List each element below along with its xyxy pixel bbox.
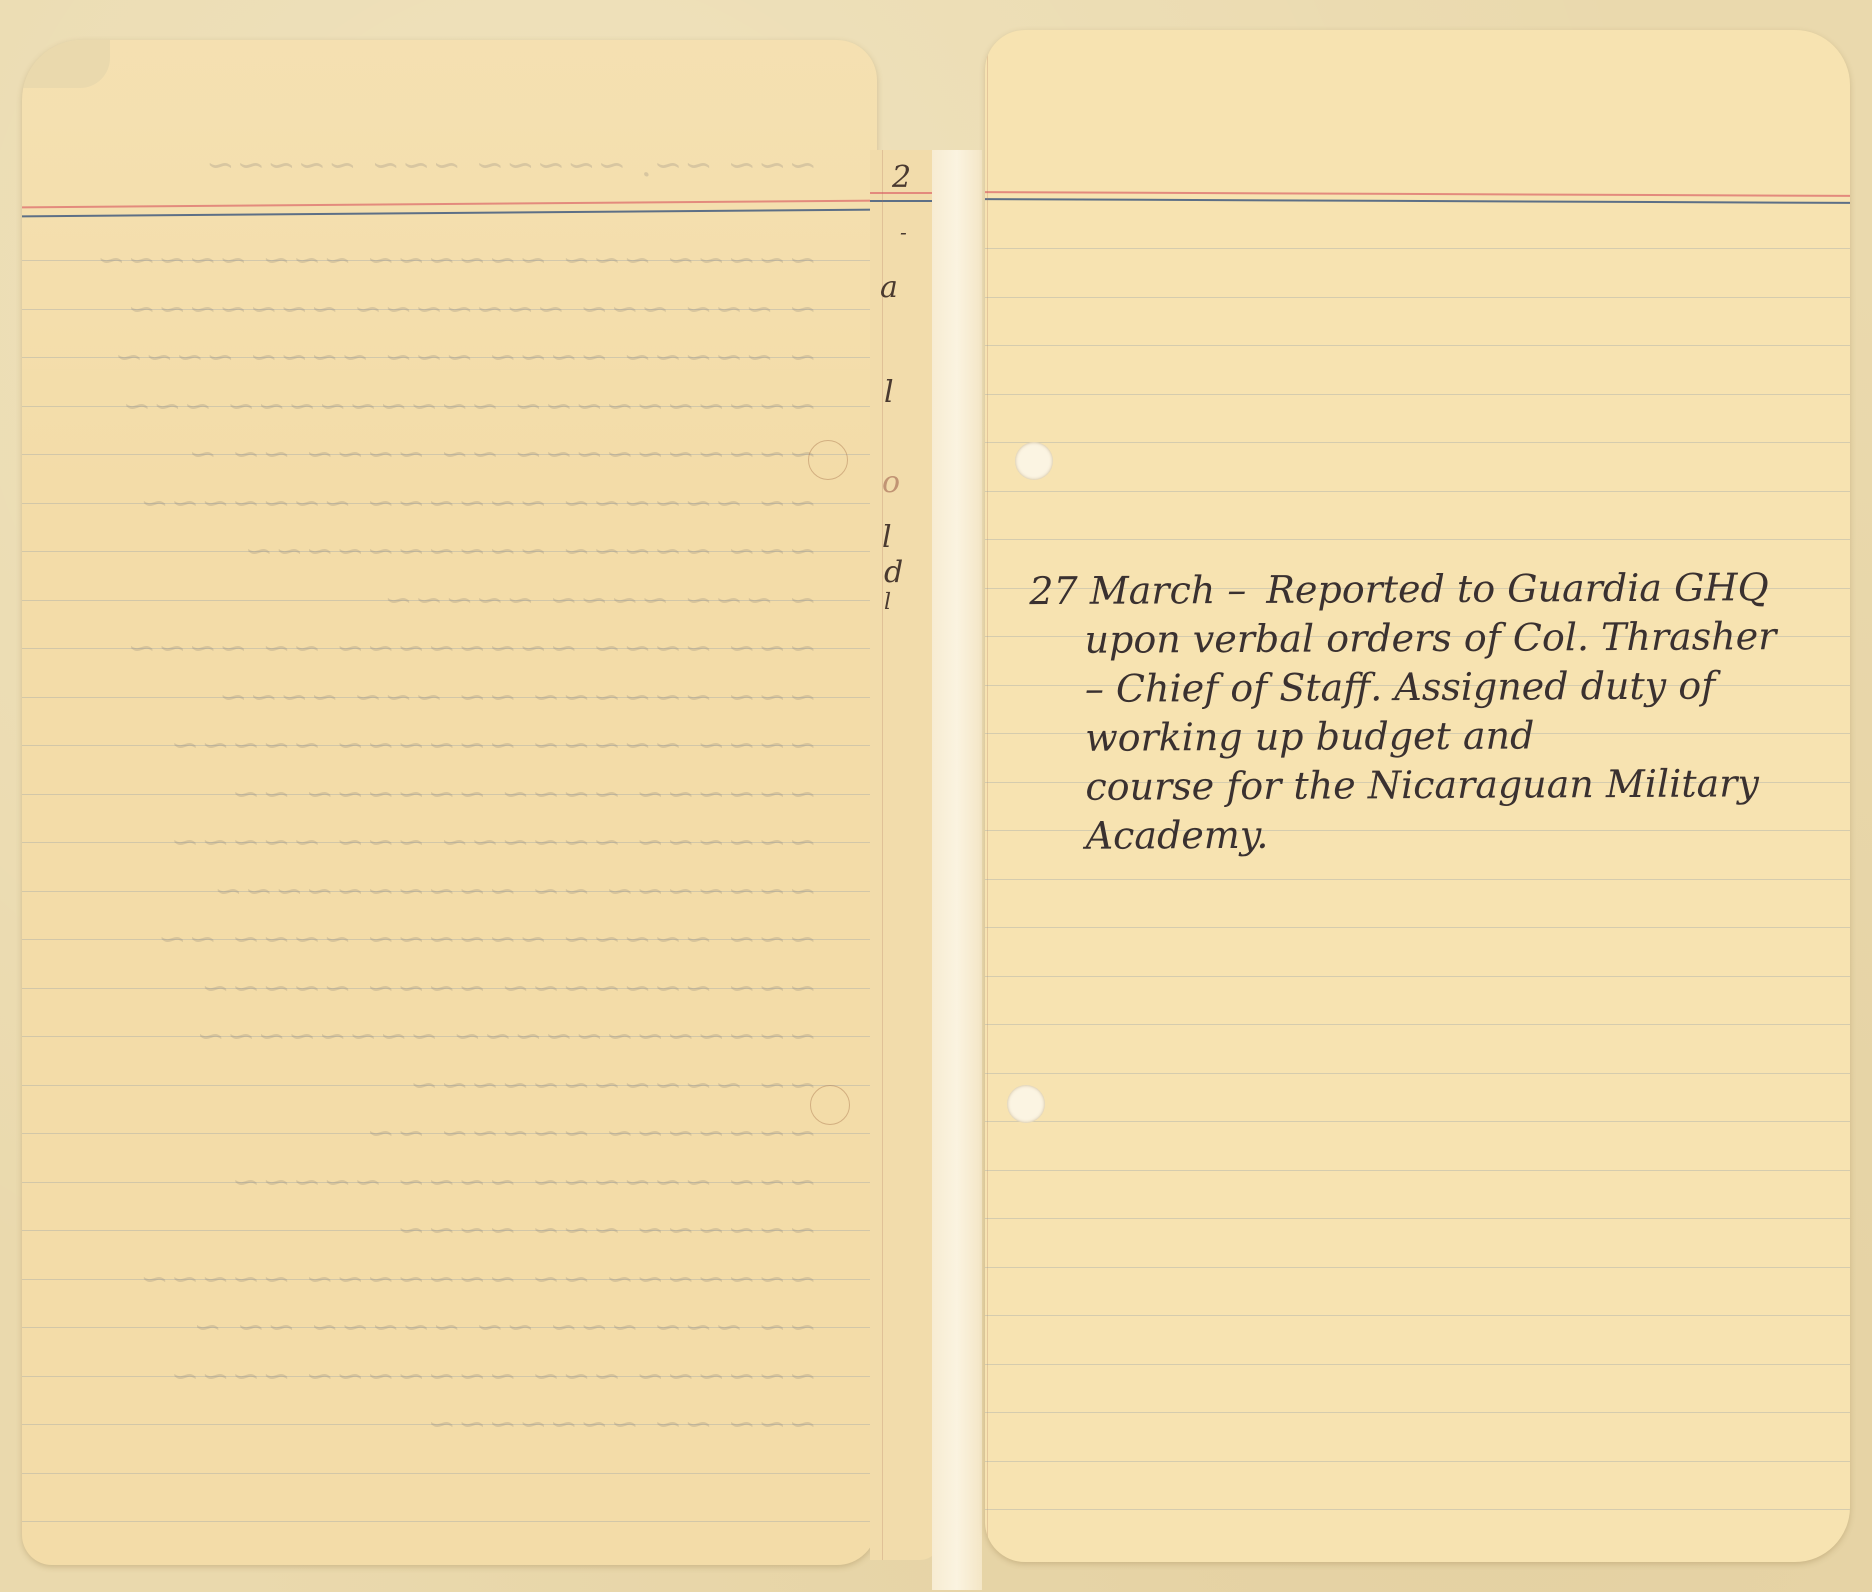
margin-mark: l [884, 375, 894, 410]
entry-line-2: upon verbal orders of Col. Thrasher [1029, 612, 1829, 665]
left-notebook-page: ~~~ ~~. ~~~~~ ~~~ ~~~~~ ~~~~~ ~~~ ~~~~~~… [22, 40, 877, 1565]
margin-mark: d [884, 555, 903, 590]
hole-punch [1015, 442, 1053, 480]
bleed-through-line: ~~~~~~~~~~ ~~~~~~~~~ ~~~ [117, 386, 817, 426]
bleed-through-line: ~~~~ ~~~~~ ~~~~~~ ~~~~~ [117, 725, 817, 765]
entry-line-6: Academy. [1031, 808, 1831, 861]
bleed-through-line: ~~~ ~~~~~~~ ~~~~ ~~~~~ [117, 968, 817, 1008]
journal-entry: 27 March –Reported to Guardia GHQ upon v… [1029, 563, 1831, 861]
ruled-line [985, 879, 1850, 880]
ruled-line [985, 539, 1850, 540]
bleed-through-line: ~~ ~~~ ~~~ ~~ ~~~~~ ~~ ~ [117, 1307, 817, 1347]
ruled-line [985, 1412, 1850, 1413]
ruled-line [985, 442, 1850, 443]
bleed-through-line: ~~~~~~ ~~~~~~ ~~~ ~~~~~ [117, 822, 817, 862]
hole-punch-outline [808, 440, 848, 480]
entry-line-5: course for the Nicaraguan Military [1030, 759, 1830, 812]
page-gap [932, 150, 982, 1590]
bleed-through-line: ~ ~~~ ~~~ ~~~~~~~ ~~~~~~~ [117, 289, 817, 329]
hole-punch [1007, 1085, 1045, 1123]
ruled-line [985, 1364, 1850, 1365]
ruled-line [985, 1509, 1850, 1510]
ruled-line [985, 248, 1850, 249]
header-rule-blue [985, 198, 1850, 204]
page-corner-notch [22, 40, 110, 88]
bleed-through-line: ~~~~~~~~~~~~ ~~~~~~~~ [117, 1016, 817, 1056]
header-rule-blue [22, 209, 877, 218]
ruled-line [985, 394, 1850, 395]
bleed-through-line: ~~~ ~~~~~~ ~~~~ ~~~~~ [117, 1162, 817, 1202]
bleed-through-line: ~~~ ~~~~~ ~~~~~~~~~~ [117, 531, 817, 571]
ruled-line [985, 976, 1850, 977]
header-rule-red [22, 200, 877, 209]
bleed-through-line: ~~~~~~~ ~~ ~~~~~~~ ~~~~~ [117, 1259, 817, 1299]
ruled-line [985, 927, 1850, 928]
ruled-line [985, 1267, 1850, 1268]
hole-punch-outline [810, 1085, 850, 1125]
entry-line-1: 27 March –Reported to Guardia GHQ [1029, 563, 1829, 616]
entry-line-3: – Chief of Staff. Assigned duty of [1030, 661, 1830, 714]
bleed-through-line: ~~~ ~~ ~~~~~~~ [117, 1404, 817, 1444]
ruled-line [985, 1315, 1850, 1316]
bleed-through-line: ~ ~~~ ~~~~ ~~~~~ [117, 580, 817, 620]
bleed-through-line: ~~~~~~ ~~~~ ~~~~~~ ~~ [117, 774, 817, 814]
bleed-through-line: ~~~~~ ~~~ ~~~~~~ ~~~ ~~~~~ [117, 240, 817, 280]
margin-line [882, 150, 883, 1560]
bleed-through-line: ~~ ~~~~~~ ~~~~~~ ~~~~~~~ [117, 483, 817, 523]
ruled-line [985, 491, 1850, 492]
underlying-page-edge: 2 - a l o l d l [870, 150, 940, 1560]
ruled-line [22, 1473, 877, 1474]
entry-date: 27 March – [1029, 568, 1246, 613]
bleed-through-line: ~~~ ~~~~~~ ~~ ~~~ ~~~~ [117, 677, 817, 717]
ruled-line [985, 1121, 1850, 1122]
bleed-through-line: ~~~~~~~ ~~~~~ ~~ [117, 1113, 817, 1153]
entry-line-4: working up budget and [1030, 710, 1830, 763]
ruled-line [985, 1461, 1850, 1462]
ruled-line [985, 1073, 1850, 1074]
entry-text: Reported to Guardia GHQ [1266, 565, 1769, 612]
margin-mark: a [880, 270, 898, 305]
bleed-through-line: ~~~~~~~ ~~ ~~~~~~~~~~ [117, 871, 817, 911]
bleed-through-line: ~~~~~~ ~~~ ~~~~ [117, 1210, 817, 1250]
header-rule-blue [870, 200, 940, 202]
margin-mark: o [882, 465, 900, 500]
margin-mark: l [882, 520, 892, 555]
bleed-through-header: ~~~ ~~. ~~~~~ ~~~ ~~~~~ [117, 145, 817, 185]
ruled-line [985, 1170, 1850, 1171]
margin-mark: - [900, 220, 907, 244]
margin-mark: 2 [892, 160, 911, 195]
bleed-through-line: ~ ~~~~~ ~~~~ ~~~ ~~~~ ~~~~ [117, 337, 817, 377]
bleed-through-line: ~~~ ~~~~~ ~~~~~~ ~~~~ ~~ [117, 919, 817, 959]
ruled-line [985, 345, 1850, 346]
header-rule-red [985, 191, 1850, 197]
margin-line [987, 30, 988, 1562]
ruled-line [985, 297, 1850, 298]
ruled-line [985, 1024, 1850, 1025]
bleed-through-line: ~~~~~~ ~~~ ~~~~~~~ ~~~~ [117, 1356, 817, 1396]
bleed-through-line: ~~ ~~~~~~~~~~~ [117, 1065, 817, 1105]
margin-mark: l [884, 590, 891, 615]
ruled-line [22, 1521, 877, 1522]
bleed-through-line: ~~~ ~~~~ ~~~~~~~~ ~~ ~~~~ [117, 628, 817, 668]
bleed-through-line: ~~~~~~~~~~ ~~ ~~~~ ~~ ~ [117, 434, 817, 474]
ruled-line [985, 1218, 1850, 1219]
